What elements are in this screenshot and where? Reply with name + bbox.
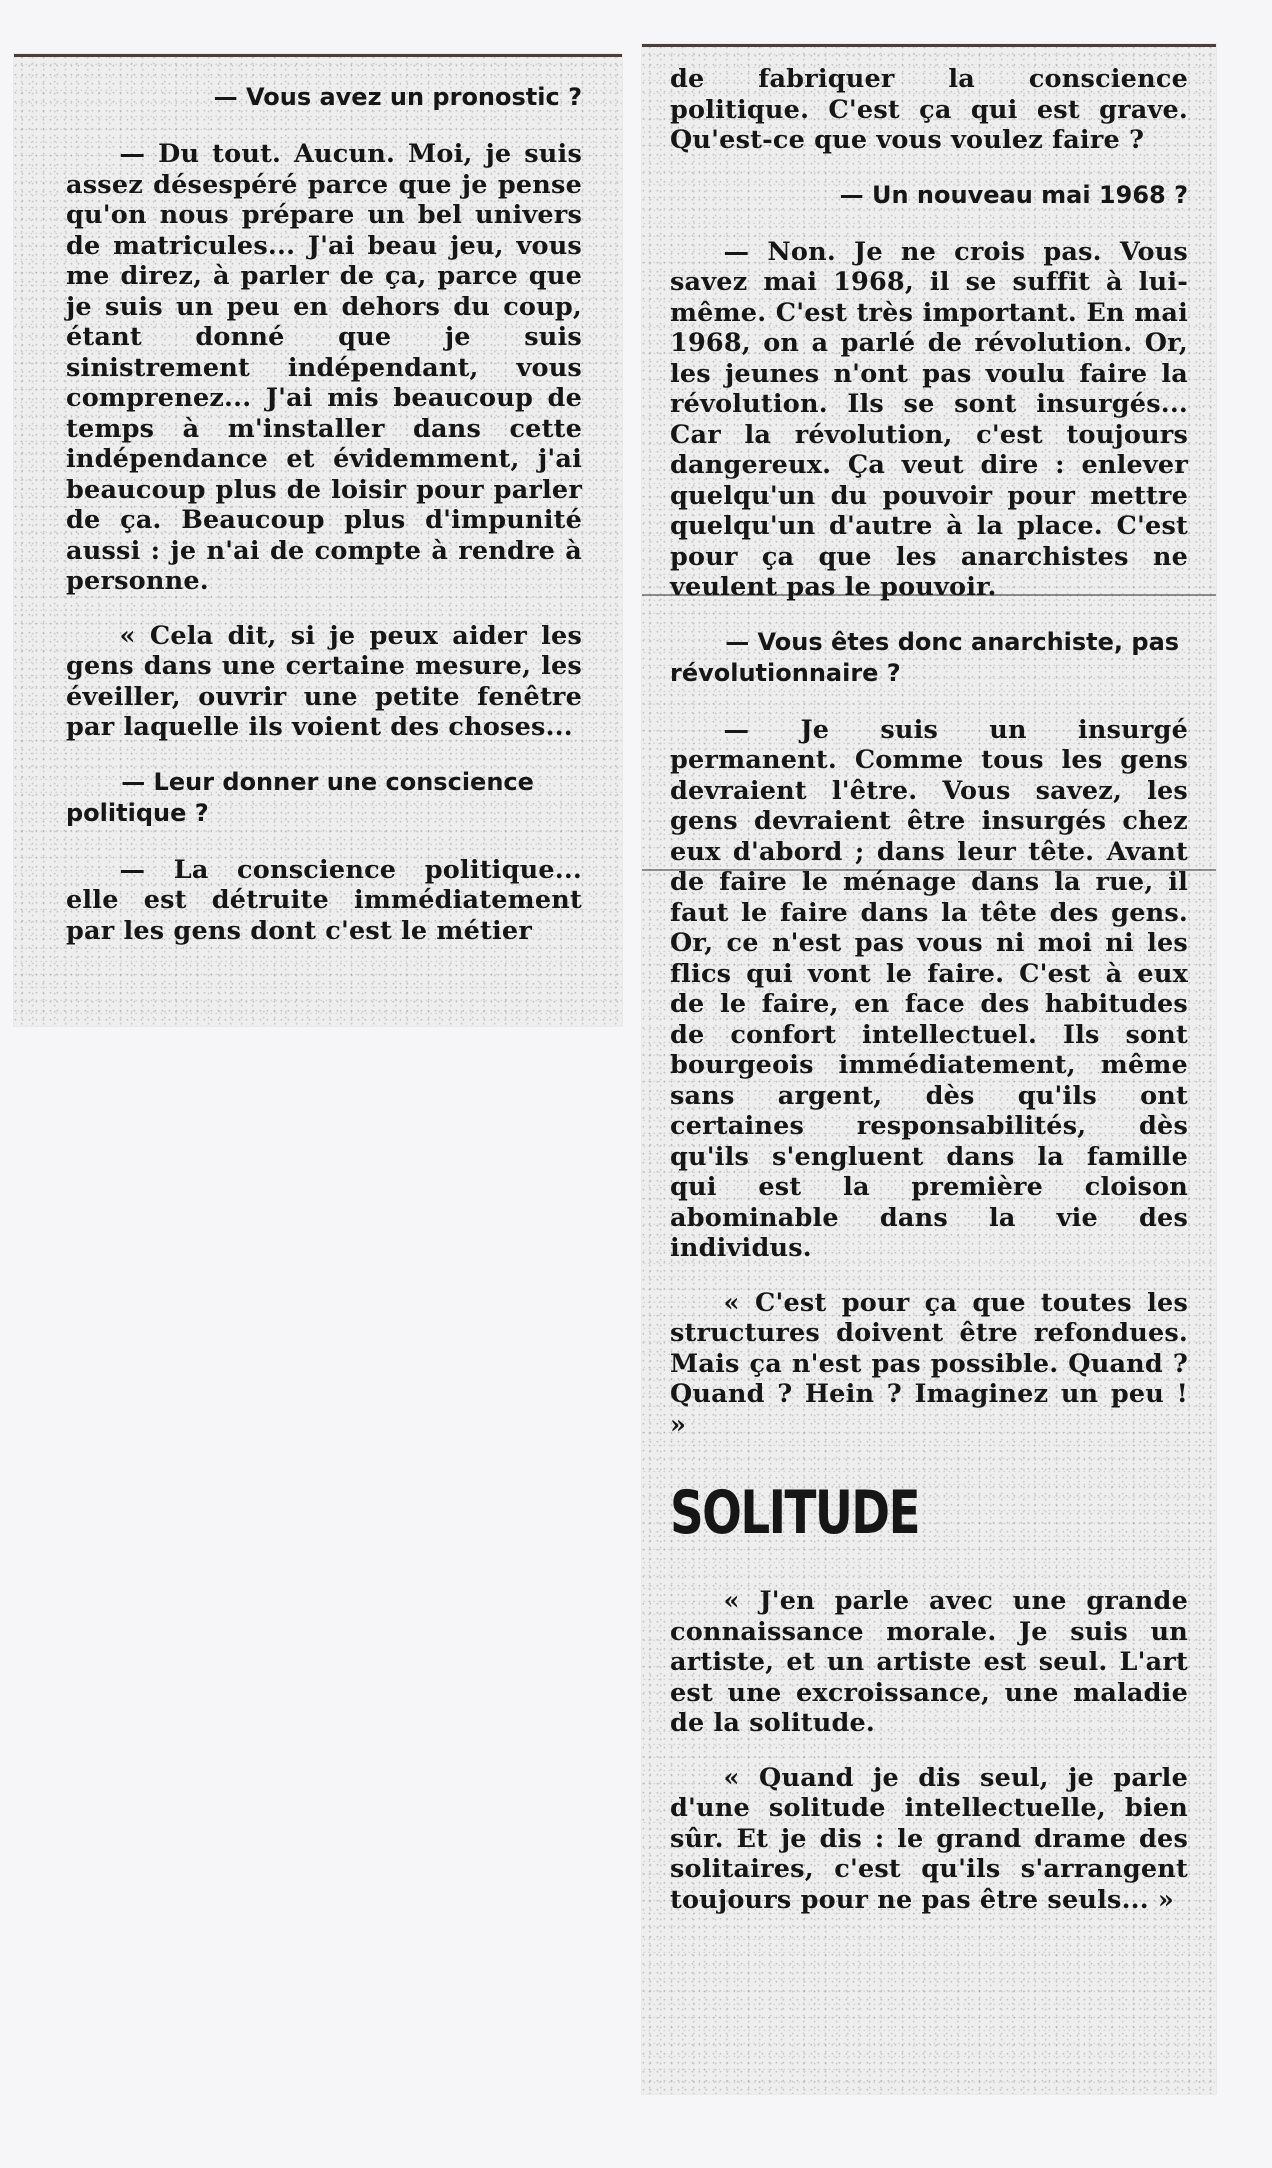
right-column-text: de fabriquer la conscience politique. C'… xyxy=(670,64,1188,1939)
interview-question: — Vous avez un pronostic ? xyxy=(66,82,582,113)
interview-answer: — La conscience politique... elle est dé… xyxy=(66,855,582,947)
interview-answer: — Je suis un insurgé permanent. Comme to… xyxy=(670,715,1188,1264)
interview-answer: — Du tout. Aucun. Moi, je suis assez dés… xyxy=(66,139,582,597)
interview-question: — Un nouveau mai 1968 ? xyxy=(670,180,1188,211)
interview-answer: — Non. Je ne crois pas. Vous savez mai 1… xyxy=(670,237,1188,603)
interview-answer: « Cela dit, si je peux aider les gens da… xyxy=(66,621,582,743)
continuation-text: de fabriquer la conscience politique. C'… xyxy=(670,64,1188,156)
section-heading: SOLITUDE xyxy=(670,1480,1074,1546)
interview-question: — Leur donner une conscience politique ? xyxy=(66,767,582,829)
interview-answer: « C'est pour ça que toutes les structure… xyxy=(670,1288,1188,1441)
clipping-left-column: — Vous avez un pronostic ? — Du tout. Au… xyxy=(14,54,622,1026)
clipping-right-column: de fabriquer la conscience politique. C'… xyxy=(642,44,1216,2094)
interview-question: — Vous êtes donc anarchiste, pas révolut… xyxy=(670,627,1188,689)
interview-answer: « J'en parle avec une grande connaissanc… xyxy=(670,1586,1188,1739)
interview-answer: « Quand je dis seul, je parle d'une soli… xyxy=(670,1763,1188,1916)
left-column-text: — Vous avez un pronostic ? — Du tout. Au… xyxy=(66,76,582,970)
